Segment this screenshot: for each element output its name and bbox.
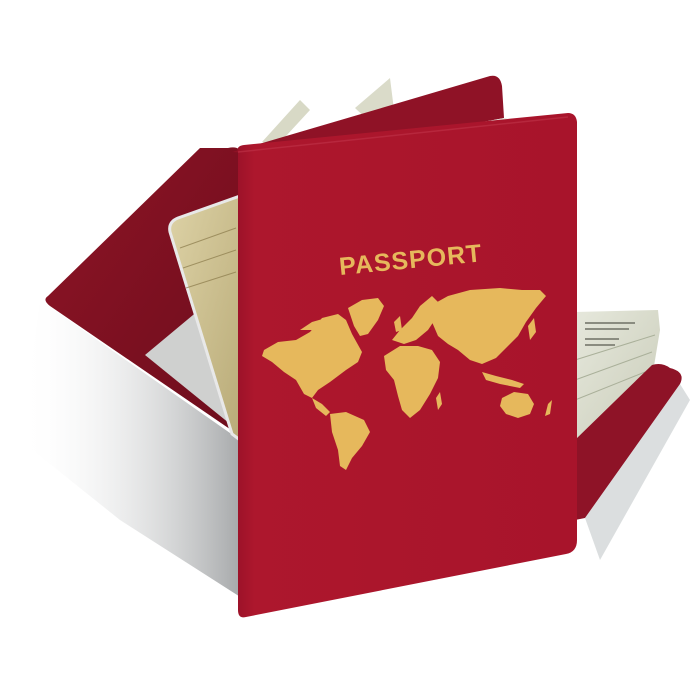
product-photo: PASSPORT: [0, 0, 700, 700]
passport-cover-illustration: PASSPORT: [0, 0, 700, 700]
